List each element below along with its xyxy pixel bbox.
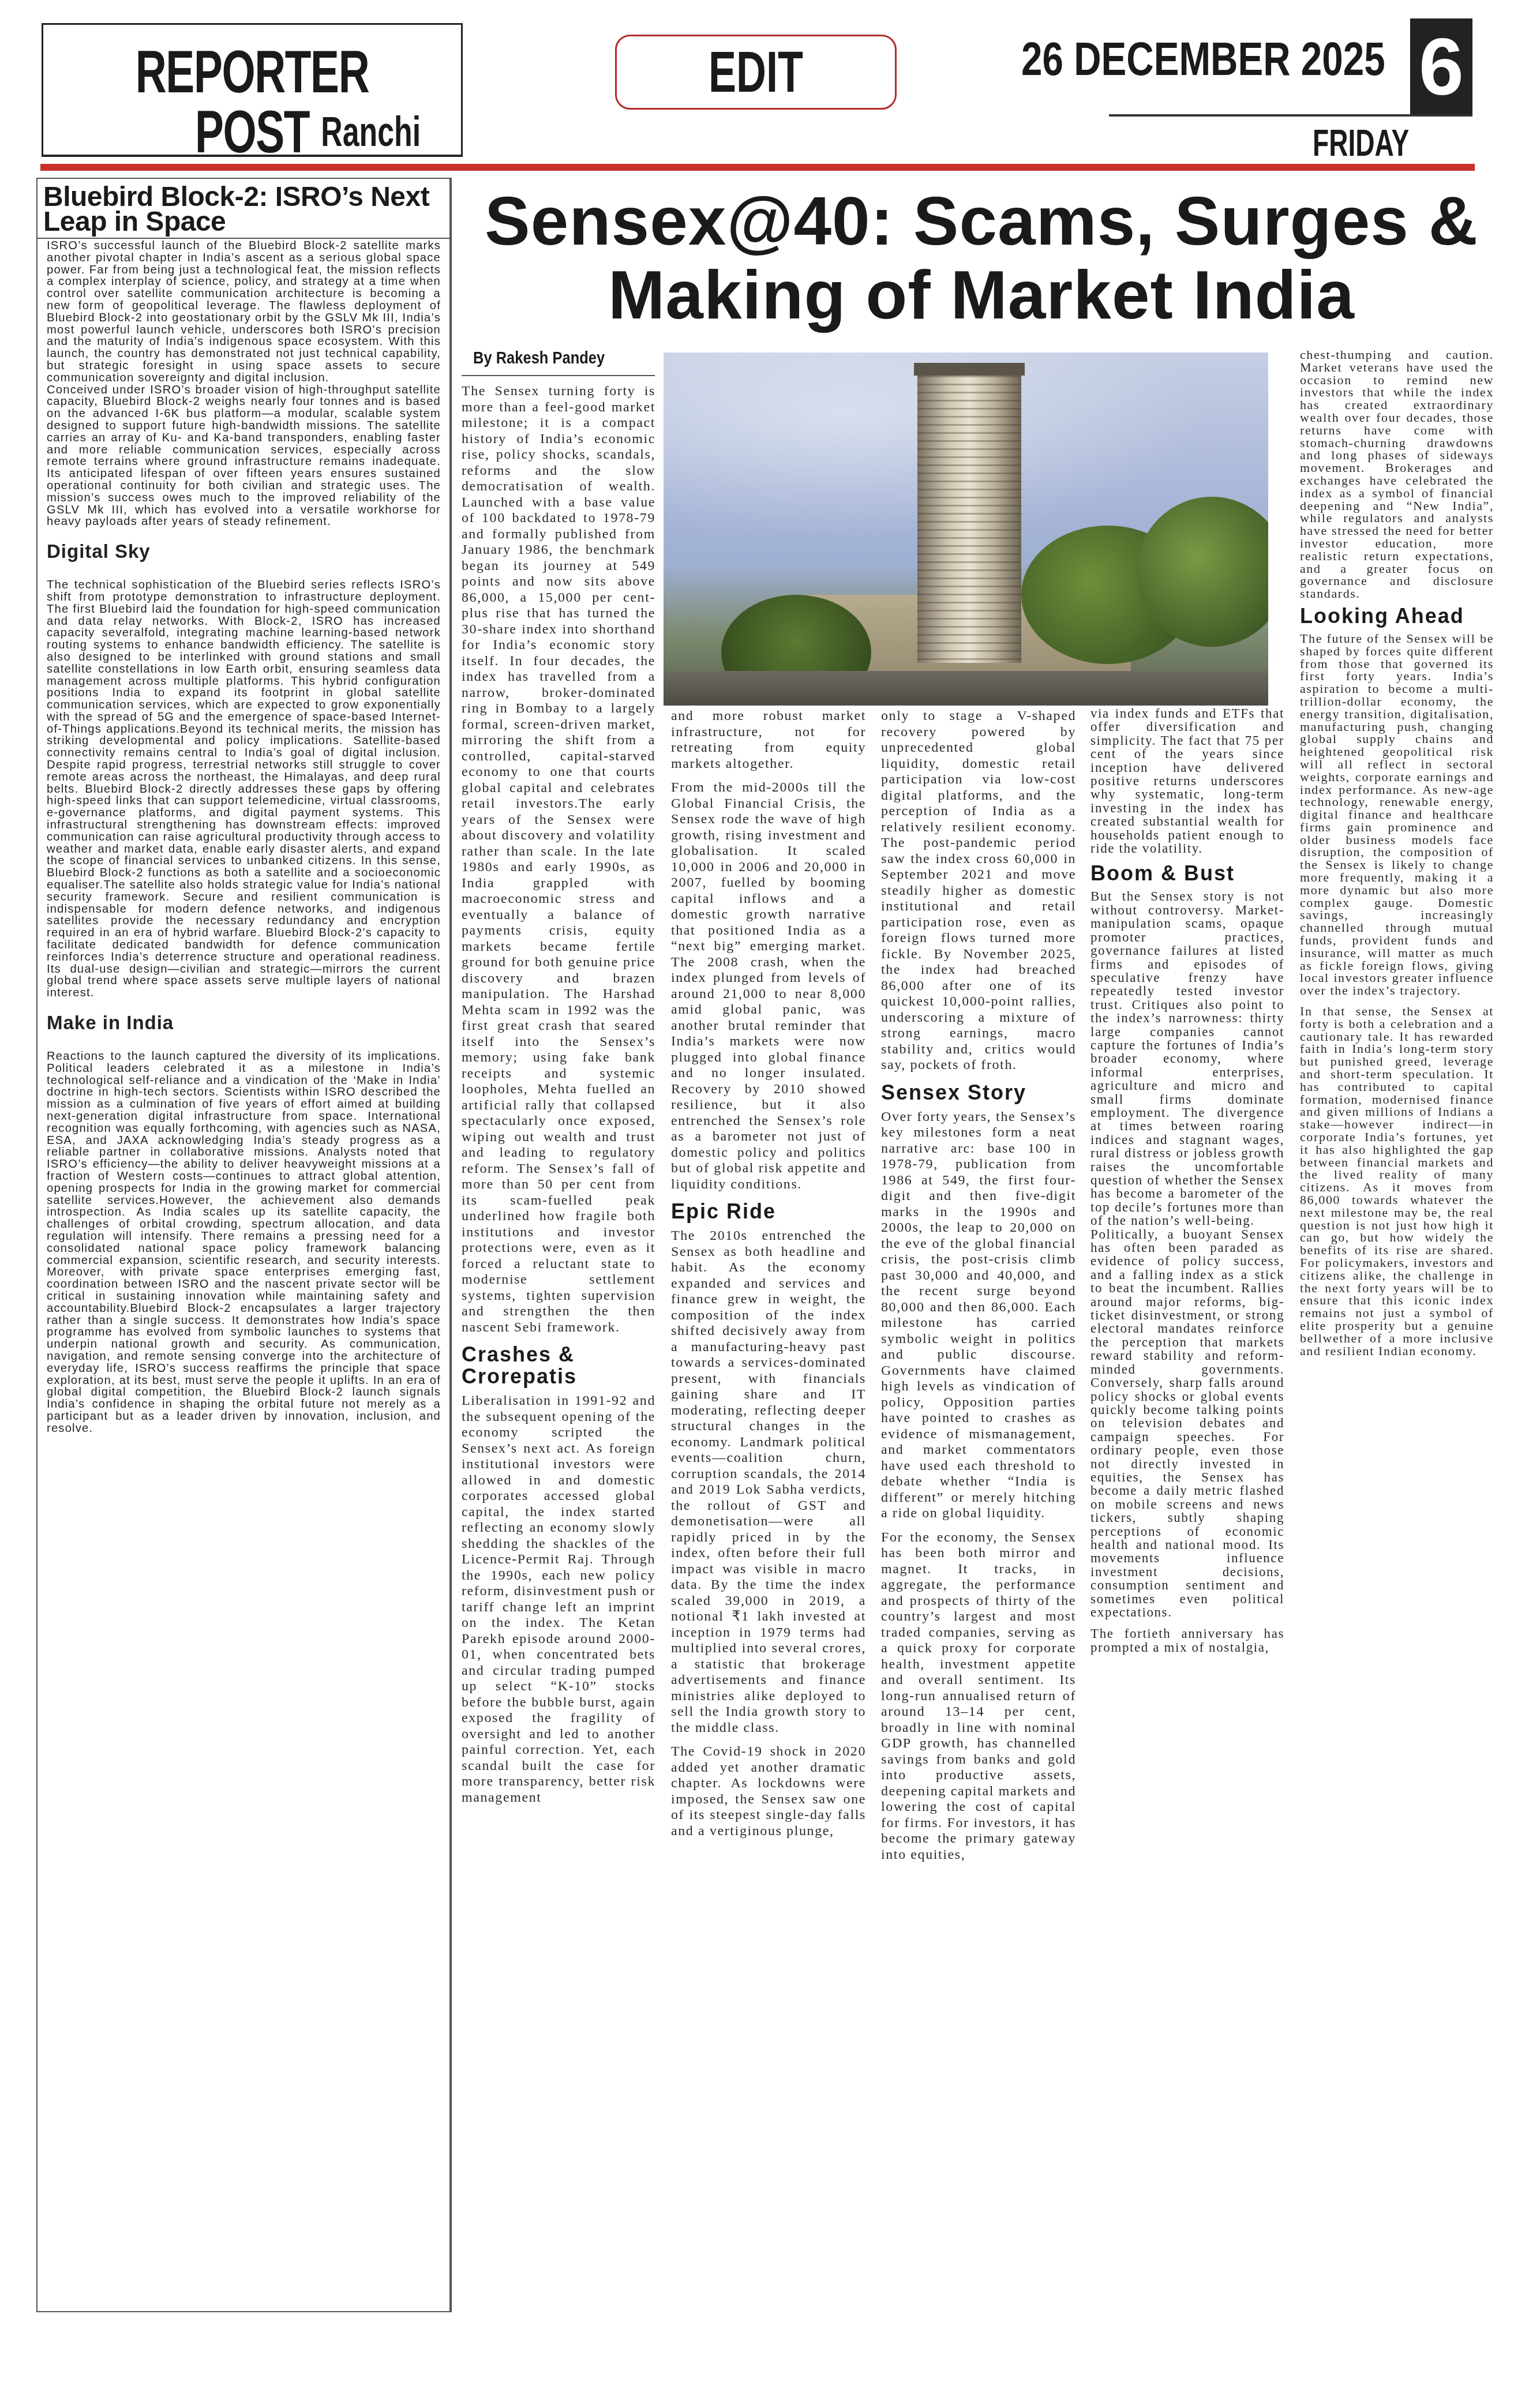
- article-paragraph: For the economy, the Sensex has been bot…: [881, 1530, 1076, 1863]
- article-column-2: and more robust market infrastructure, n…: [671, 708, 866, 1839]
- byline: By Rakesh Pandey: [473, 348, 605, 368]
- article-paragraph: chest-thumping and caution. Market veter…: [1300, 348, 1494, 600]
- article-paragraph: In that sense, the Sensex at forty is bo…: [1300, 1005, 1494, 1357]
- byline-divider: [462, 375, 655, 376]
- article-paragraph: The fortieth anniversary has prompted a …: [1090, 1627, 1284, 1654]
- sidebar-article: Bluebird Block-2: ISRO’s Next Leap in Sp…: [36, 178, 451, 2312]
- article-column-5: chest-thumping and caution. Market veter…: [1300, 348, 1494, 1357]
- article-subheading: Boom & Bust: [1090, 863, 1284, 884]
- article-subheading: Looking Ahead: [1300, 606, 1494, 627]
- bse-tower-photo: [664, 352, 1268, 706]
- photo-tower-floors: [917, 376, 1021, 664]
- photo-road: [664, 671, 1268, 706]
- article-column-3: only to stage a V-shaped recovery powere…: [881, 708, 1076, 1863]
- article-paragraph: The future of the Sensex will be shaped …: [1300, 632, 1494, 997]
- article-paragraph: only to stage a V-shaped recovery powere…: [881, 708, 1076, 1074]
- article-subheading: Sensex Story: [881, 1082, 1076, 1104]
- sidebar-paragraph: Reactions to the launch captured the div…: [47, 1051, 441, 1435]
- article-paragraph: The Covid-19 shock in 2020 added yet ano…: [671, 1744, 866, 1839]
- article-paragraph: Liberalisation in 1991-92 and the subseq…: [462, 1393, 655, 1806]
- masthead-nameplate: REPORTER POST Ranchi: [42, 23, 463, 157]
- main-headline: Sensex@40: Scams, Surges & Making of Mar…: [454, 185, 1509, 332]
- masthead-red-rule: [40, 164, 1475, 171]
- article-column-4: via index funds and ETFs that offer dive…: [1090, 707, 1284, 1654]
- sidebar-subheading: Make in India: [47, 1013, 441, 1032]
- article-paragraph: Politically, a buoyant Sensex has often …: [1090, 1228, 1284, 1619]
- sidebar-subheading: Digital Sky: [47, 542, 441, 561]
- article-subheading: Crashes & Crorepatis: [462, 1344, 655, 1387]
- sidebar-headline: Bluebird Block-2: ISRO’s Next Leap in Sp…: [38, 179, 449, 239]
- sidebar-paragraph: Conceived under ISRO’s broader vision of…: [47, 384, 441, 528]
- article-paragraph: via index funds and ETFs that offer dive…: [1090, 707, 1284, 855]
- issue-date: 26 DECEMBER 2025: [1021, 36, 1335, 83]
- article-subheading: Epic Ride: [671, 1201, 866, 1222]
- date-divider: [1109, 114, 1472, 117]
- article-paragraph: The 2010s entrenched the Sensex as both …: [671, 1228, 866, 1736]
- page-number: 6: [1410, 18, 1472, 115]
- issue-weekday: FRIDAY: [1313, 125, 1409, 162]
- column-divider: [450, 178, 452, 2312]
- article-paragraph: The Sensex turning forty is more than a …: [462, 384, 655, 1336]
- article-column-1: The Sensex turning forty is more than a …: [462, 384, 655, 1806]
- section-label: EDIT: [615, 35, 897, 110]
- sidebar-paragraph: ISRO’s successful launch of the Bluebird…: [47, 240, 441, 384]
- article-paragraph: Over forty years, the Sensex’s key miles…: [881, 1109, 1076, 1522]
- sidebar-paragraph: The technical sophistication of the Blue…: [47, 579, 441, 999]
- article-paragraph: From the mid-2000s till the Global Finan…: [671, 780, 866, 1192]
- article-paragraph: and more robust market infrastructure, n…: [671, 708, 866, 772]
- article-paragraph: But the Sensex story is not without cont…: [1090, 890, 1284, 1227]
- section-label-text: EDIT: [709, 43, 803, 101]
- edition-city: Ranchi: [321, 111, 421, 153]
- sidebar-body: ISRO’s successful launch of the Bluebird…: [38, 239, 449, 1435]
